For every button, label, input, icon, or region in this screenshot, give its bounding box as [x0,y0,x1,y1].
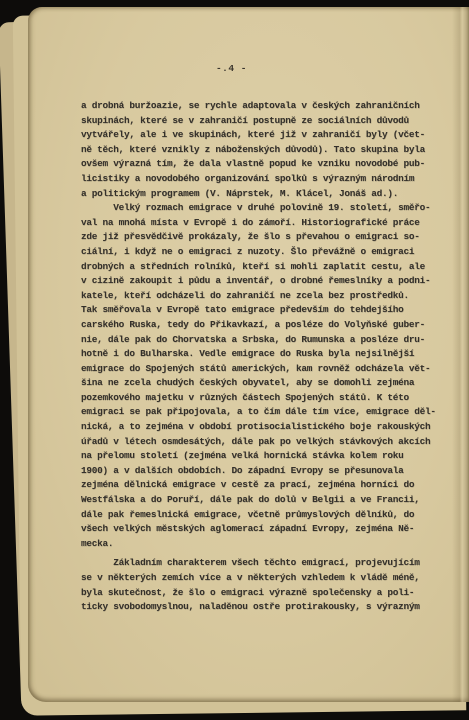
paragraph-character-of-emigration: Základním charakterem všech těchto emigr… [81,556,459,614]
paragraph-continuation: a drobná buržoazie, se rychle adaptovala… [81,99,459,201]
text-block: a drobná buržoazie, se rychle adaptovala… [81,99,459,615]
scanned-book-page: -.4 - a drobná buržoazie, se rychle adap… [0,0,469,720]
page-number: -.4 - [11,63,452,74]
paragraph-emigration-overview: Velký rozmach emigrace v druhé polovině … [81,201,459,551]
paper-sheet: -.4 - a drobná buržoazie, se rychle adap… [28,7,469,702]
